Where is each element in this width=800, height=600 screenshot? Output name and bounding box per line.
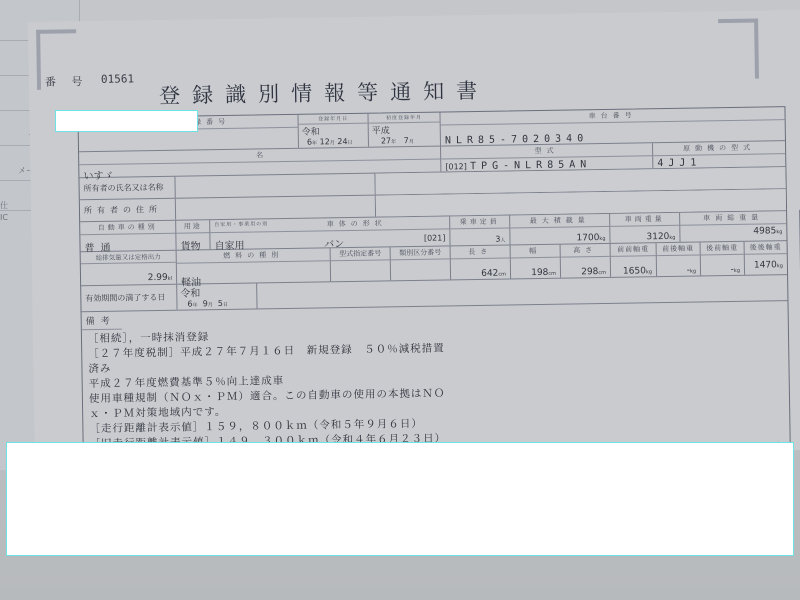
body-cell: 自家用・事業用の別 車体の形状 自家用 バン [021]	[210, 216, 450, 249]
owner-address-label: 所有者の住所	[80, 199, 175, 218]
under-label: 仕	[0, 200, 8, 211]
expiry-label: 有効期間の満了する日	[81, 285, 176, 306]
displacement-value: 2.99	[148, 273, 168, 283]
owner-name-value	[175, 174, 375, 198]
height-value: 298	[581, 267, 598, 277]
category-number-label: 類別区分番号	[391, 246, 450, 260]
length-cell: 長さ 642cm	[451, 245, 512, 279]
remarks-label: 備考	[82, 312, 122, 331]
doc-title: 登録識別情報等通知書	[159, 75, 489, 110]
vehicle-weight-value: 3120	[646, 232, 669, 242]
rear-rear-axle-cell: 後後軸重 1470kg	[745, 241, 788, 275]
front-front-axle-cell: 前前軸重 1650kg	[611, 243, 658, 277]
capacity-label: 乗車定員	[450, 215, 509, 229]
owner-address-label-cell: 所有者の住所	[80, 199, 176, 222]
expiry-label-cell: 有効期間の満了する日	[81, 285, 177, 312]
width-label: 幅	[511, 245, 560, 259]
width-cell: 幅 198cm	[511, 245, 562, 279]
owner-address-value	[176, 196, 376, 220]
rear-rear-axle-value: 1470	[754, 260, 777, 270]
width-value: 198	[531, 268, 548, 278]
owner-name-label: 所有者の氏名又は名称	[79, 177, 174, 196]
registration-date-era: 令和	[299, 124, 368, 138]
vehicle-type-cell: 自動車の種別 普通	[80, 221, 176, 252]
doc-number-label: 番 号	[45, 73, 89, 90]
usage-cell: 用途 貨物	[176, 220, 210, 250]
type-designation-cell: 型式指定番号	[331, 247, 392, 281]
category-number-cell: 類別区分番号	[391, 246, 452, 280]
front-front-axle-label: 前前軸重	[611, 243, 656, 257]
vehicle-weight-label: 車両重量	[610, 213, 679, 227]
rear-front-axle-cell: 後前軸重 -kg	[701, 242, 746, 276]
registration-date-cell: 登録年月日 令和 6年 12月 24日	[298, 114, 369, 148]
first-registration-era: 平成	[369, 123, 440, 137]
front-front-axle-value: 1650	[623, 266, 646, 276]
height-cell: 高さ 298cm	[561, 244, 612, 278]
registration-notice-sheet: 番 号 01561 登録識別情報等通知書 自動車登録番号 登録年月日 令和 6年…	[28, 10, 800, 462]
first-registration-year: 27	[381, 136, 391, 145]
expiry-era: 令和	[177, 283, 256, 299]
remarks-section: 備考 ［相続］，一時抹消登録 ［２７年度税制］平成２７年７月１６日 新規登録 ５…	[82, 301, 790, 462]
capacity-cell: 乗車定員 3人	[450, 215, 510, 245]
redacted-registration-number	[55, 110, 198, 132]
front-rear-axle-label: 前後軸重	[657, 242, 700, 256]
doc-number: 01561	[101, 72, 134, 86]
gross-weight-cell: 車両総重量 4985kg	[680, 211, 786, 242]
first-registration-cell: 初度登録年月 平成 27年 7月	[368, 113, 441, 147]
vehicle-weight-cell: 車両重量 3120kg	[610, 213, 680, 243]
under-label: IC	[0, 213, 8, 222]
displacement-cell: 総排気量又は定格出力 2.99kl	[81, 251, 178, 286]
front-rear-axle-cell: 前後軸重 -kg	[657, 242, 702, 276]
redacted-footer	[6, 442, 794, 556]
length-label: 長さ	[451, 245, 510, 259]
chassis-number-cell: 車台番号 NLR85-7020340	[440, 107, 784, 145]
expiry-value-cell: 令和 6年 9月 5日	[177, 283, 257, 309]
type-designation-label: 型式指定番号	[331, 247, 390, 261]
rear-rear-axle-label: 後後軸重	[745, 241, 787, 255]
max-load-value: 1700	[576, 233, 599, 243]
height-label: 高さ	[561, 244, 610, 258]
registration-date-day: 24	[337, 137, 347, 146]
max-load-cell: 最大積載量 1700kg	[510, 214, 610, 245]
engine-model-cell: 原動機の型式 4JJ1	[653, 141, 785, 168]
model-cell: 型式 [012] TPG-NLR85AN	[441, 143, 653, 171]
registration-form: 自動車登録番号 登録年月日 令和 6年 12月 24日 初度登録年月 平成 27…	[78, 106, 791, 463]
length-value: 642	[481, 269, 498, 279]
body-shape-label: 車体の形状	[327, 218, 387, 229]
corner-ornament-icon	[718, 19, 759, 80]
registration-date-month: 12	[320, 137, 330, 146]
usage-label: 用途	[176, 220, 209, 234]
gross-weight-value: 4985	[753, 226, 776, 236]
owner-name-label-cell: 所有者の氏名又は名称	[79, 177, 175, 200]
fuel-type-cell: 燃料の種別 軽油	[177, 248, 331, 283]
model-code: [012]	[445, 162, 467, 171]
private-business-label: 自家用・事業用の別	[214, 220, 268, 231]
rear-front-axle-label: 後前軸重	[701, 242, 744, 256]
